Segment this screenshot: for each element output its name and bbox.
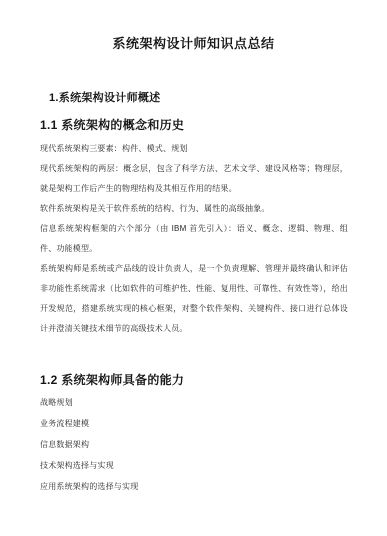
document-page: 系统架构设计师知识点总结 1.系统架构设计师概述 1.1 系统架构的概念和历史 …	[0, 0, 387, 536]
ability-item-application-architecture: 应用系统架构的选择与实现	[40, 477, 348, 497]
ability-item-business-process-modeling: 业务流程建模	[40, 414, 348, 434]
paragraph-architect-role: 系统架构师是系统或产品线的设计负责人，是一个负责理解、管理并最终确认和评估非功能…	[40, 259, 348, 339]
ability-item-strategic-planning: 战略规划	[40, 393, 348, 413]
ability-item-information-data-architecture: 信息数据架构	[40, 435, 348, 455]
paragraph-two-layers: 现代系统架构的两层：概念层，包含了科学方法、艺术文学、建设风格等；物理层，就是架…	[40, 159, 348, 199]
ability-list: 战略规划 业务流程建模 信息数据架构 技术架构选择与实现 应用系统架构的选择与实…	[40, 393, 348, 498]
section-1-2-heading: 1.2 系统架构师具备的能力	[40, 371, 184, 388]
paragraph-three-elements: 现代系统架构三要素：构件、模式、规划	[40, 139, 348, 159]
paragraph-ibm-framework: 信息系统架构框架的六个部分（由 IBM 首先引入）：语义、概念、逻辑、物理、组件…	[40, 219, 348, 259]
paragraph-software-architecture: 软件系统架构是关于软件系统的结构、行为、属性的高级抽象。	[40, 199, 348, 219]
section-1-1-heading: 1.1 系统架构的概念和历史	[40, 116, 184, 133]
document-title: 系统架构设计师知识点总结	[0, 33, 387, 52]
ability-item-technical-architecture: 技术架构选择与实现	[40, 456, 348, 476]
section-1-heading: 1.系统架构设计师概述	[49, 89, 160, 105]
